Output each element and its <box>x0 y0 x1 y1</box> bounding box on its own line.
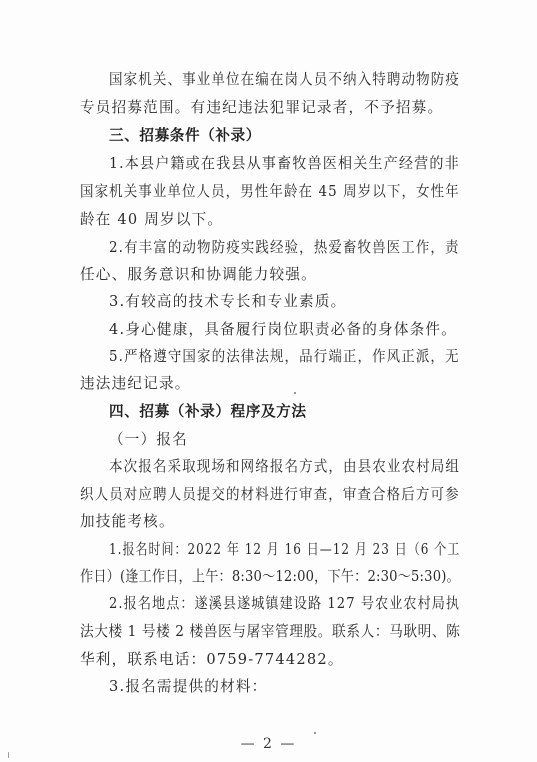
scan-mark <box>8 752 9 758</box>
paragraph-line: 1.本县户籍或在我县从事畜牧兽医相关生产经营的非 <box>109 154 447 174</box>
paragraph-line: 华利，联系电话：0759-7744282。 <box>80 650 460 670</box>
paragraph-line: 2.有丰富的动物防疫实践经验，热爱畜牧兽医工作，责 <box>109 238 433 258</box>
paragraph-line: 1.报名时间：2022 年 12 月 16 日—12 月 23 日（6 个工 <box>109 540 398 560</box>
paragraph-line: 加技能考核。 <box>80 512 460 532</box>
page-number: — 2 — <box>0 736 537 752</box>
scan-speck <box>314 732 316 734</box>
subsection-heading: （一）报名 <box>109 430 460 450</box>
paragraph-line: 违法违纪记录。 <box>80 374 460 394</box>
paragraph-line: 织人员对应聘人员提交的材料进行审查，审查合格后方可参 <box>80 485 431 505</box>
section-heading-3: 三、招募条件（补录） <box>109 126 460 146</box>
section-heading-4: 四、招募（补录）程序及方法 <box>109 402 460 422</box>
paragraph-line: 4.身心健康，具备履行岗位职责必备的身体条件。 <box>109 320 460 340</box>
paragraph-line: 作日）(逢工作日，上午：8:30～12:00，下午：2:30～5:30)。 <box>80 567 422 587</box>
paragraph-line: 3.有较高的技术专长和专业素质。 <box>109 292 460 312</box>
paragraph-line: 本次报名采取现场和网络报名方式，由县农业农村局组 <box>109 457 434 477</box>
paragraph-line: 5.严格遵守国家的法律法规，品行端正，作风正派，无 <box>109 347 433 367</box>
paragraph-line: 任心、服务意识和协调能力较强。 <box>80 265 460 285</box>
paragraph-line: 龄在 40 周岁以下。 <box>80 210 460 230</box>
paragraph-line: 国家机关事业单位人员，男性年龄在 45 周岁以下，女性年 <box>80 182 430 202</box>
paragraph-line: 2.报名地点：遂溪县遂城镇建设路 127 号农业农村局执 <box>109 594 424 614</box>
scan-speck <box>294 392 296 394</box>
document-page: 国家机关、事业单位在编在岗人员不纳入特聘动物防疫 专员招募范围。有违纪违法犯罪记… <box>0 0 537 762</box>
paragraph-line: 3.报名需提供的材料： <box>109 677 460 697</box>
paragraph-line: 国家机关、事业单位在编在岗人员不纳入特聘动物防疫 <box>109 70 434 90</box>
paragraph-line: 法大楼 1 号楼 2 楼兽医与屠宰管理股。联系人：马耿明、陈 <box>80 622 437 642</box>
paragraph-line: 专员招募范围。有违纪违法犯罪记录者，不予招募。 <box>80 98 460 118</box>
